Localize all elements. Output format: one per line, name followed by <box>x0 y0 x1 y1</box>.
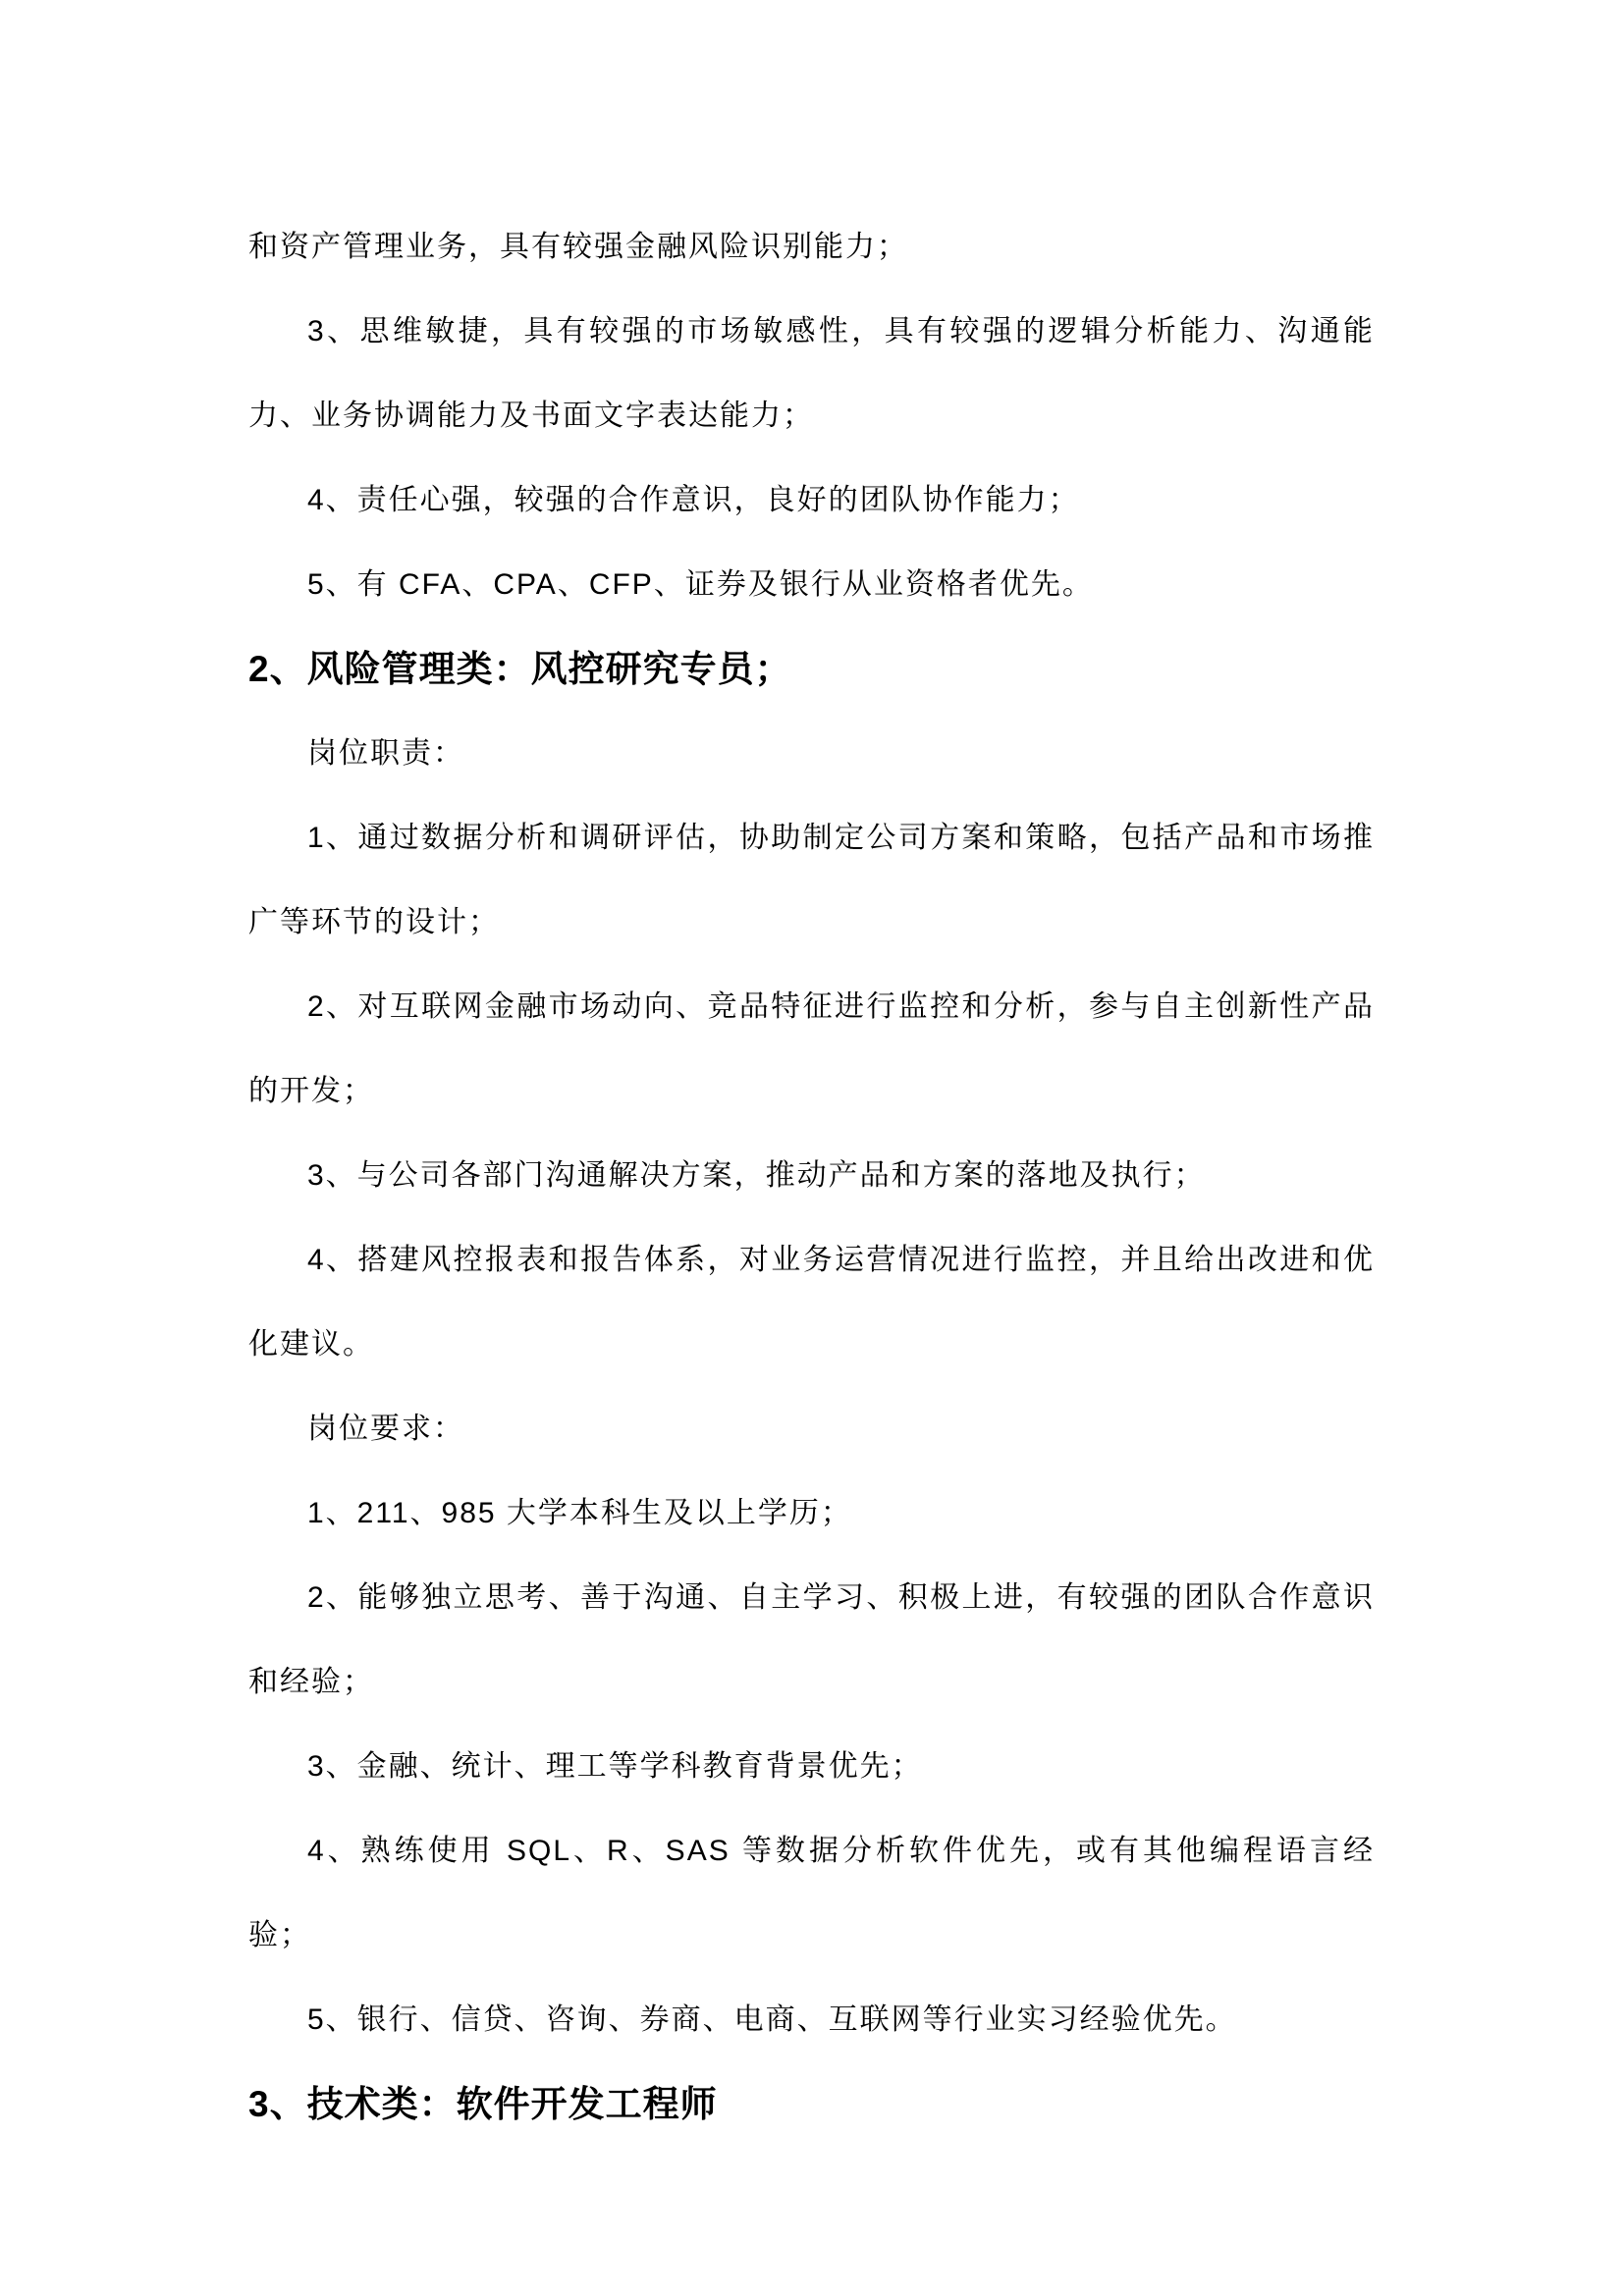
document-paragraph: 5、银行、信贷、咨询、券商、电商、互联网等行业实习经验优先。 <box>248 1978 1375 2062</box>
document-paragraph: 2、能够独立思考、善于沟通、自主学习、积极上进，有较强的团队合作意识和经验； <box>248 1556 1375 1725</box>
section-heading: 2、风险管理类：风控研究专员； <box>248 627 1375 712</box>
document-paragraph: 岗位职责： <box>248 712 1375 796</box>
document-paragraph: 3、金融、统计、理工等学科教育背景优先； <box>248 1725 1375 1809</box>
document-page: 和资产管理业务，具有较强金融风险识别能力；3、思维敏捷，具有较强的市场敏感性，具… <box>0 0 1624 2296</box>
section-heading: 3、技术类：软件开发工程师 <box>248 2062 1375 2147</box>
document-paragraph: 1、通过数据分析和调研评估，协助制定公司方案和策略，包括产品和市场推广等环节的设… <box>248 796 1375 965</box>
document-paragraph: 和资产管理业务，具有较强金融风险识别能力； <box>248 205 1375 290</box>
document-paragraph: 2、对互联网金融市场动向、竞品特征进行监控和分析，参与自主创新性产品的开发； <box>248 965 1375 1134</box>
document-paragraph: 3、思维敏捷，具有较强的市场敏感性，具有较强的逻辑分析能力、沟通能力、业务协调能… <box>248 290 1375 458</box>
document-body: 和资产管理业务，具有较强金融风险识别能力；3、思维敏捷，具有较强的市场敏感性，具… <box>248 205 1375 2147</box>
document-paragraph: 1、211、985 大学本科生及以上学历； <box>248 1471 1375 1556</box>
document-paragraph: 4、熟练使用 SQL、R、SAS 等数据分析软件优先，或有其他编程语言经验； <box>248 1809 1375 1978</box>
document-paragraph: 4、搭建风控报表和报告体系，对业务运营情况进行监控，并且给出改进和优化建议。 <box>248 1218 1375 1387</box>
document-paragraph: 5、有 CFA、CPA、CFP、证券及银行从业资格者优先。 <box>248 543 1375 627</box>
document-paragraph: 4、责任心强，较强的合作意识，良好的团队协作能力； <box>248 458 1375 543</box>
document-paragraph: 岗位要求： <box>248 1387 1375 1471</box>
document-paragraph: 3、与公司各部门沟通解决方案，推动产品和方案的落地及执行； <box>248 1134 1375 1218</box>
